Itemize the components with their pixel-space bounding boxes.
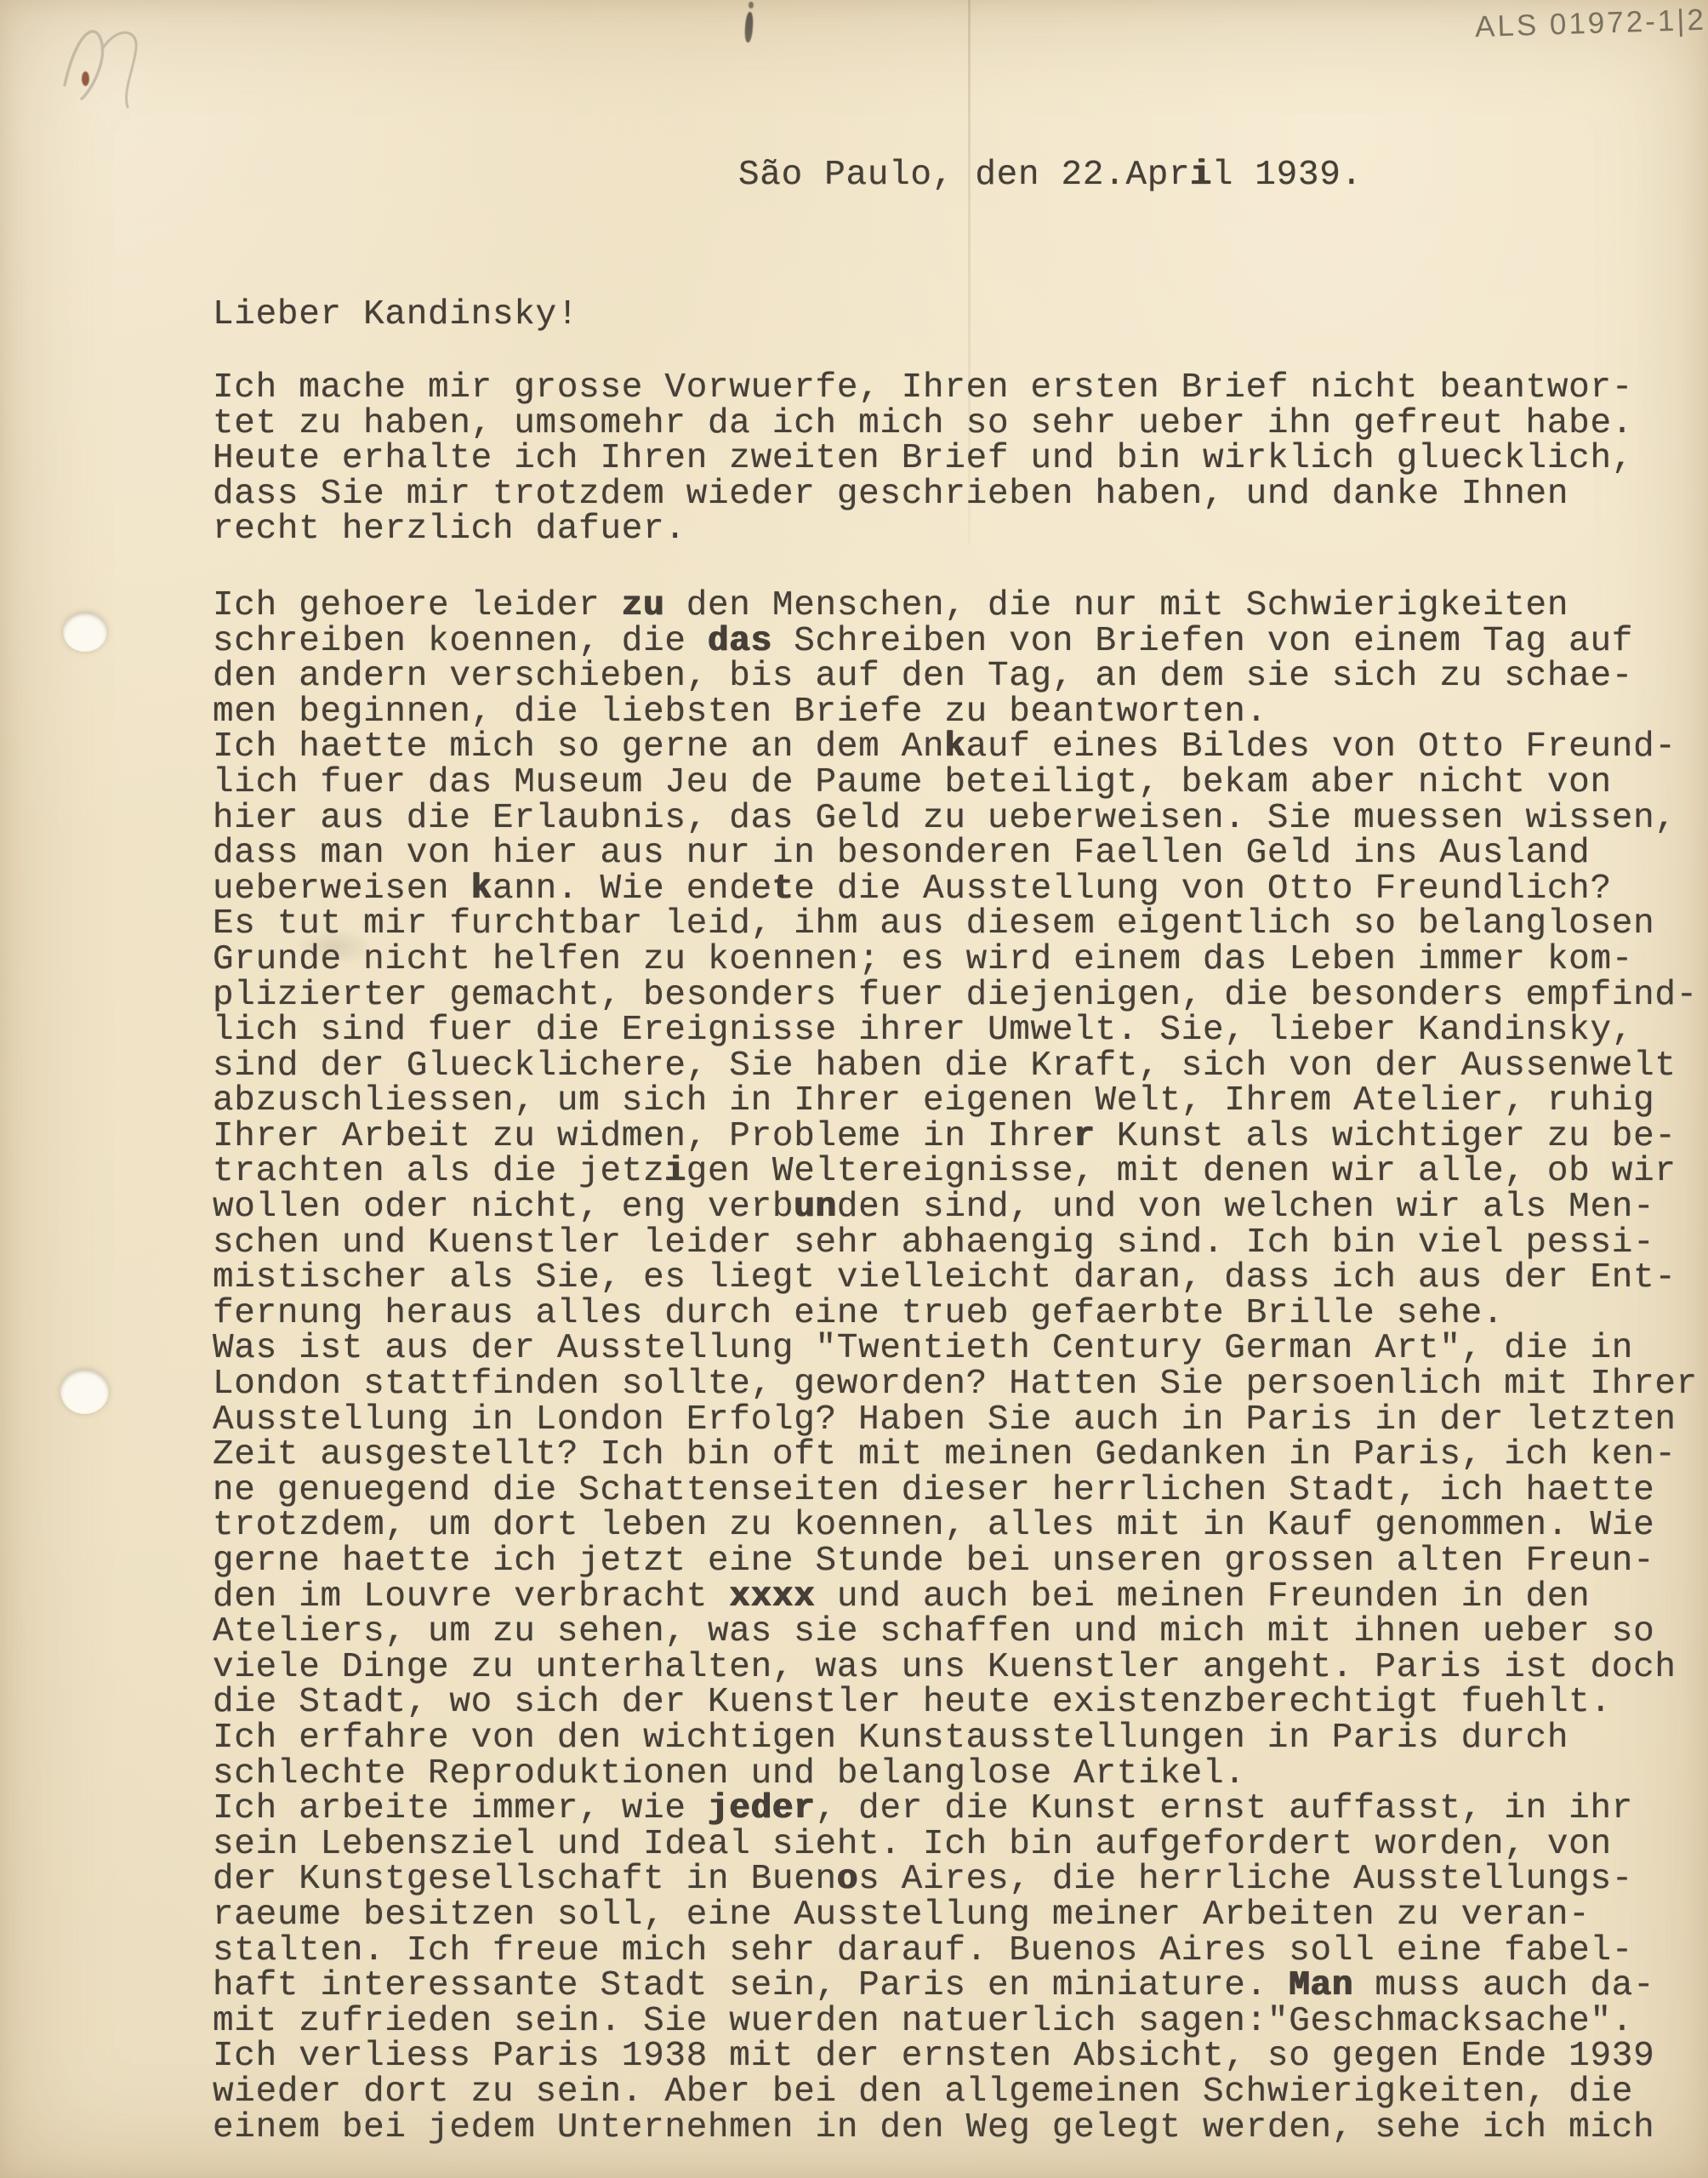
- body-line: Grunde nicht helfen zu koennen; es wird …: [213, 943, 1693, 978]
- punch-hole-top: [63, 612, 107, 652]
- body-line: gerne haette ich jetzt eine Stunde bei u…: [213, 1544, 1693, 1580]
- body-line: Was ist aus der Ausstellung "Twentieth C…: [213, 1331, 1693, 1367]
- body-line: lich sind fuer die Ereignisse ihrer Umwe…: [213, 1013, 1693, 1049]
- body-line: viele Dinge zu unterhalten, was uns Kuen…: [213, 1651, 1693, 1686]
- body-line: London stattfinden sollte, geworden? Hat…: [213, 1367, 1693, 1403]
- rust-spot: [82, 71, 89, 86]
- body-line: hier aus die Erlaubnis, das Geld zu uebe…: [213, 801, 1693, 837]
- body-line: trotzdem, um dort leben zu koennen, alle…: [213, 1508, 1693, 1544]
- body-line: sind der Gluecklichere, Sie haben die Kr…: [213, 1049, 1693, 1085]
- body-line: raeume besitzen soll, eine Ausstellung m…: [213, 1898, 1693, 1934]
- body-line: Ausstellung in London Erfolg? Haben Sie …: [213, 1403, 1693, 1439]
- body-line: haft interessante Stadt sein, Paris en m…: [213, 1969, 1693, 2004]
- body-line: lich fuer das Museum Jeu de Paume beteil…: [213, 766, 1693, 801]
- body-line: der Kunstgesellschaft in Buenos Aires, d…: [213, 1862, 1693, 1898]
- body-line: trachten als die jetzigen Weltereignisse…: [213, 1155, 1693, 1190]
- body-line: einem bei jedem Unternehmen in den Weg g…: [213, 2111, 1693, 2147]
- body-line: mit zufrieden sein. Sie wuerden natuerli…: [213, 2004, 1693, 2040]
- paragraph: Ich mache mir grosse Vorwuerfe, Ihren er…: [213, 371, 1693, 548]
- body-line: den im Louvre verbracht xxxx und auch be…: [213, 1580, 1693, 1616]
- body-line: ne genuegend die Schattenseiten dieser h…: [213, 1474, 1693, 1509]
- body-line: Ich arbeite immer, wie jeder, der die Ku…: [213, 1792, 1693, 1827]
- body-line: Ich gehoere leider zu den Menschen, die …: [213, 589, 1693, 624]
- body-line: men beginnen, die liebsten Briefe zu bea…: [213, 695, 1693, 731]
- body-line: Zeit ausgestellt? Ich bin oft mit meinen…: [213, 1438, 1693, 1474]
- letter-page: ALS 01972-1|2 São Paulo, den 22.April 19…: [0, 0, 1708, 2178]
- body-line: abzuschliessen, um sich in Ihrer eigenen…: [213, 1084, 1693, 1120]
- letter-body: Ich mache mir grosse Vorwuerfe, Ihren er…: [213, 371, 1693, 2146]
- body-line: Ich mache mir grosse Vorwuerfe, Ihren er…: [213, 371, 1693, 407]
- body-line: schlechte Reproduktionen und belanglose …: [213, 1757, 1693, 1793]
- ink-dot: [749, 2, 754, 9]
- body-line: mistischer als Sie, es liegt vielleicht …: [213, 1261, 1693, 1297]
- body-line: sein Lebensziel und Ideal sieht. Ich bin…: [213, 1827, 1693, 1863]
- body-line: plizierter gemacht, besonders fuer dieje…: [213, 978, 1693, 1014]
- body-line: stalten. Ich freue mich sehr darauf. Bue…: [213, 1934, 1693, 1970]
- body-line: recht herzlich dafuer.: [213, 512, 1693, 548]
- body-line: Ich haette mich so gerne an dem Ankauf e…: [213, 730, 1693, 766]
- body-line: Ich erfahre von den wichtigen Kunstausst…: [213, 1721, 1693, 1757]
- body-line: Ateliers, um zu sehen, was sie schaffen …: [213, 1615, 1693, 1651]
- paragraph: Ich gehoere leider zu den Menschen, die …: [213, 589, 1693, 2146]
- body-line: fernung heraus alles durch eine trueb ge…: [213, 1297, 1693, 1332]
- dateline: São Paulo, den 22.April 1939.: [738, 158, 1363, 194]
- body-line: die Stadt, wo sich der Kuenstler heute e…: [213, 1685, 1693, 1721]
- body-line: Ihrer Arbeit zu widmen, Probleme in Ihre…: [213, 1120, 1693, 1155]
- punch-hole-bottom: [60, 1369, 109, 1414]
- body-line: Ich verliess Paris 1938 mit der ernsten …: [213, 2039, 1693, 2075]
- body-line: wollen oder nicht, eng verbunden sind, u…: [213, 1190, 1693, 1226]
- body-line: Es tut mir furchtbar leid, ihm aus diese…: [213, 907, 1693, 943]
- salutation: Lieber Kandinsky!: [213, 298, 578, 334]
- archive-number-note: ALS 01972-1|2: [1474, 3, 1706, 45]
- body-line: dass man von hier aus nur in besonderen …: [213, 836, 1693, 872]
- body-line: wieder dort zu sein. Aber bei den allgem…: [213, 2075, 1693, 2111]
- body-line: dass Sie mir trotzdem wieder geschrieben…: [213, 477, 1693, 513]
- body-line: ueberweisen kann. Wie endete die Ausstel…: [213, 872, 1693, 908]
- body-line: tet zu haben, umsomehr da ich mich so se…: [213, 407, 1693, 442]
- body-line: schreiben koennen, die das Schreiben von…: [213, 624, 1693, 660]
- body-line: den andern verschieben, bis auf den Tag,…: [213, 659, 1693, 695]
- body-line: Heute erhalte ich Ihren zweiten Brief un…: [213, 442, 1693, 477]
- body-line: schen und Kuenstler leider sehr abhaengi…: [213, 1226, 1693, 1262]
- ink-smudge: [744, 12, 754, 43]
- pencil-scribble: [53, 12, 163, 114]
